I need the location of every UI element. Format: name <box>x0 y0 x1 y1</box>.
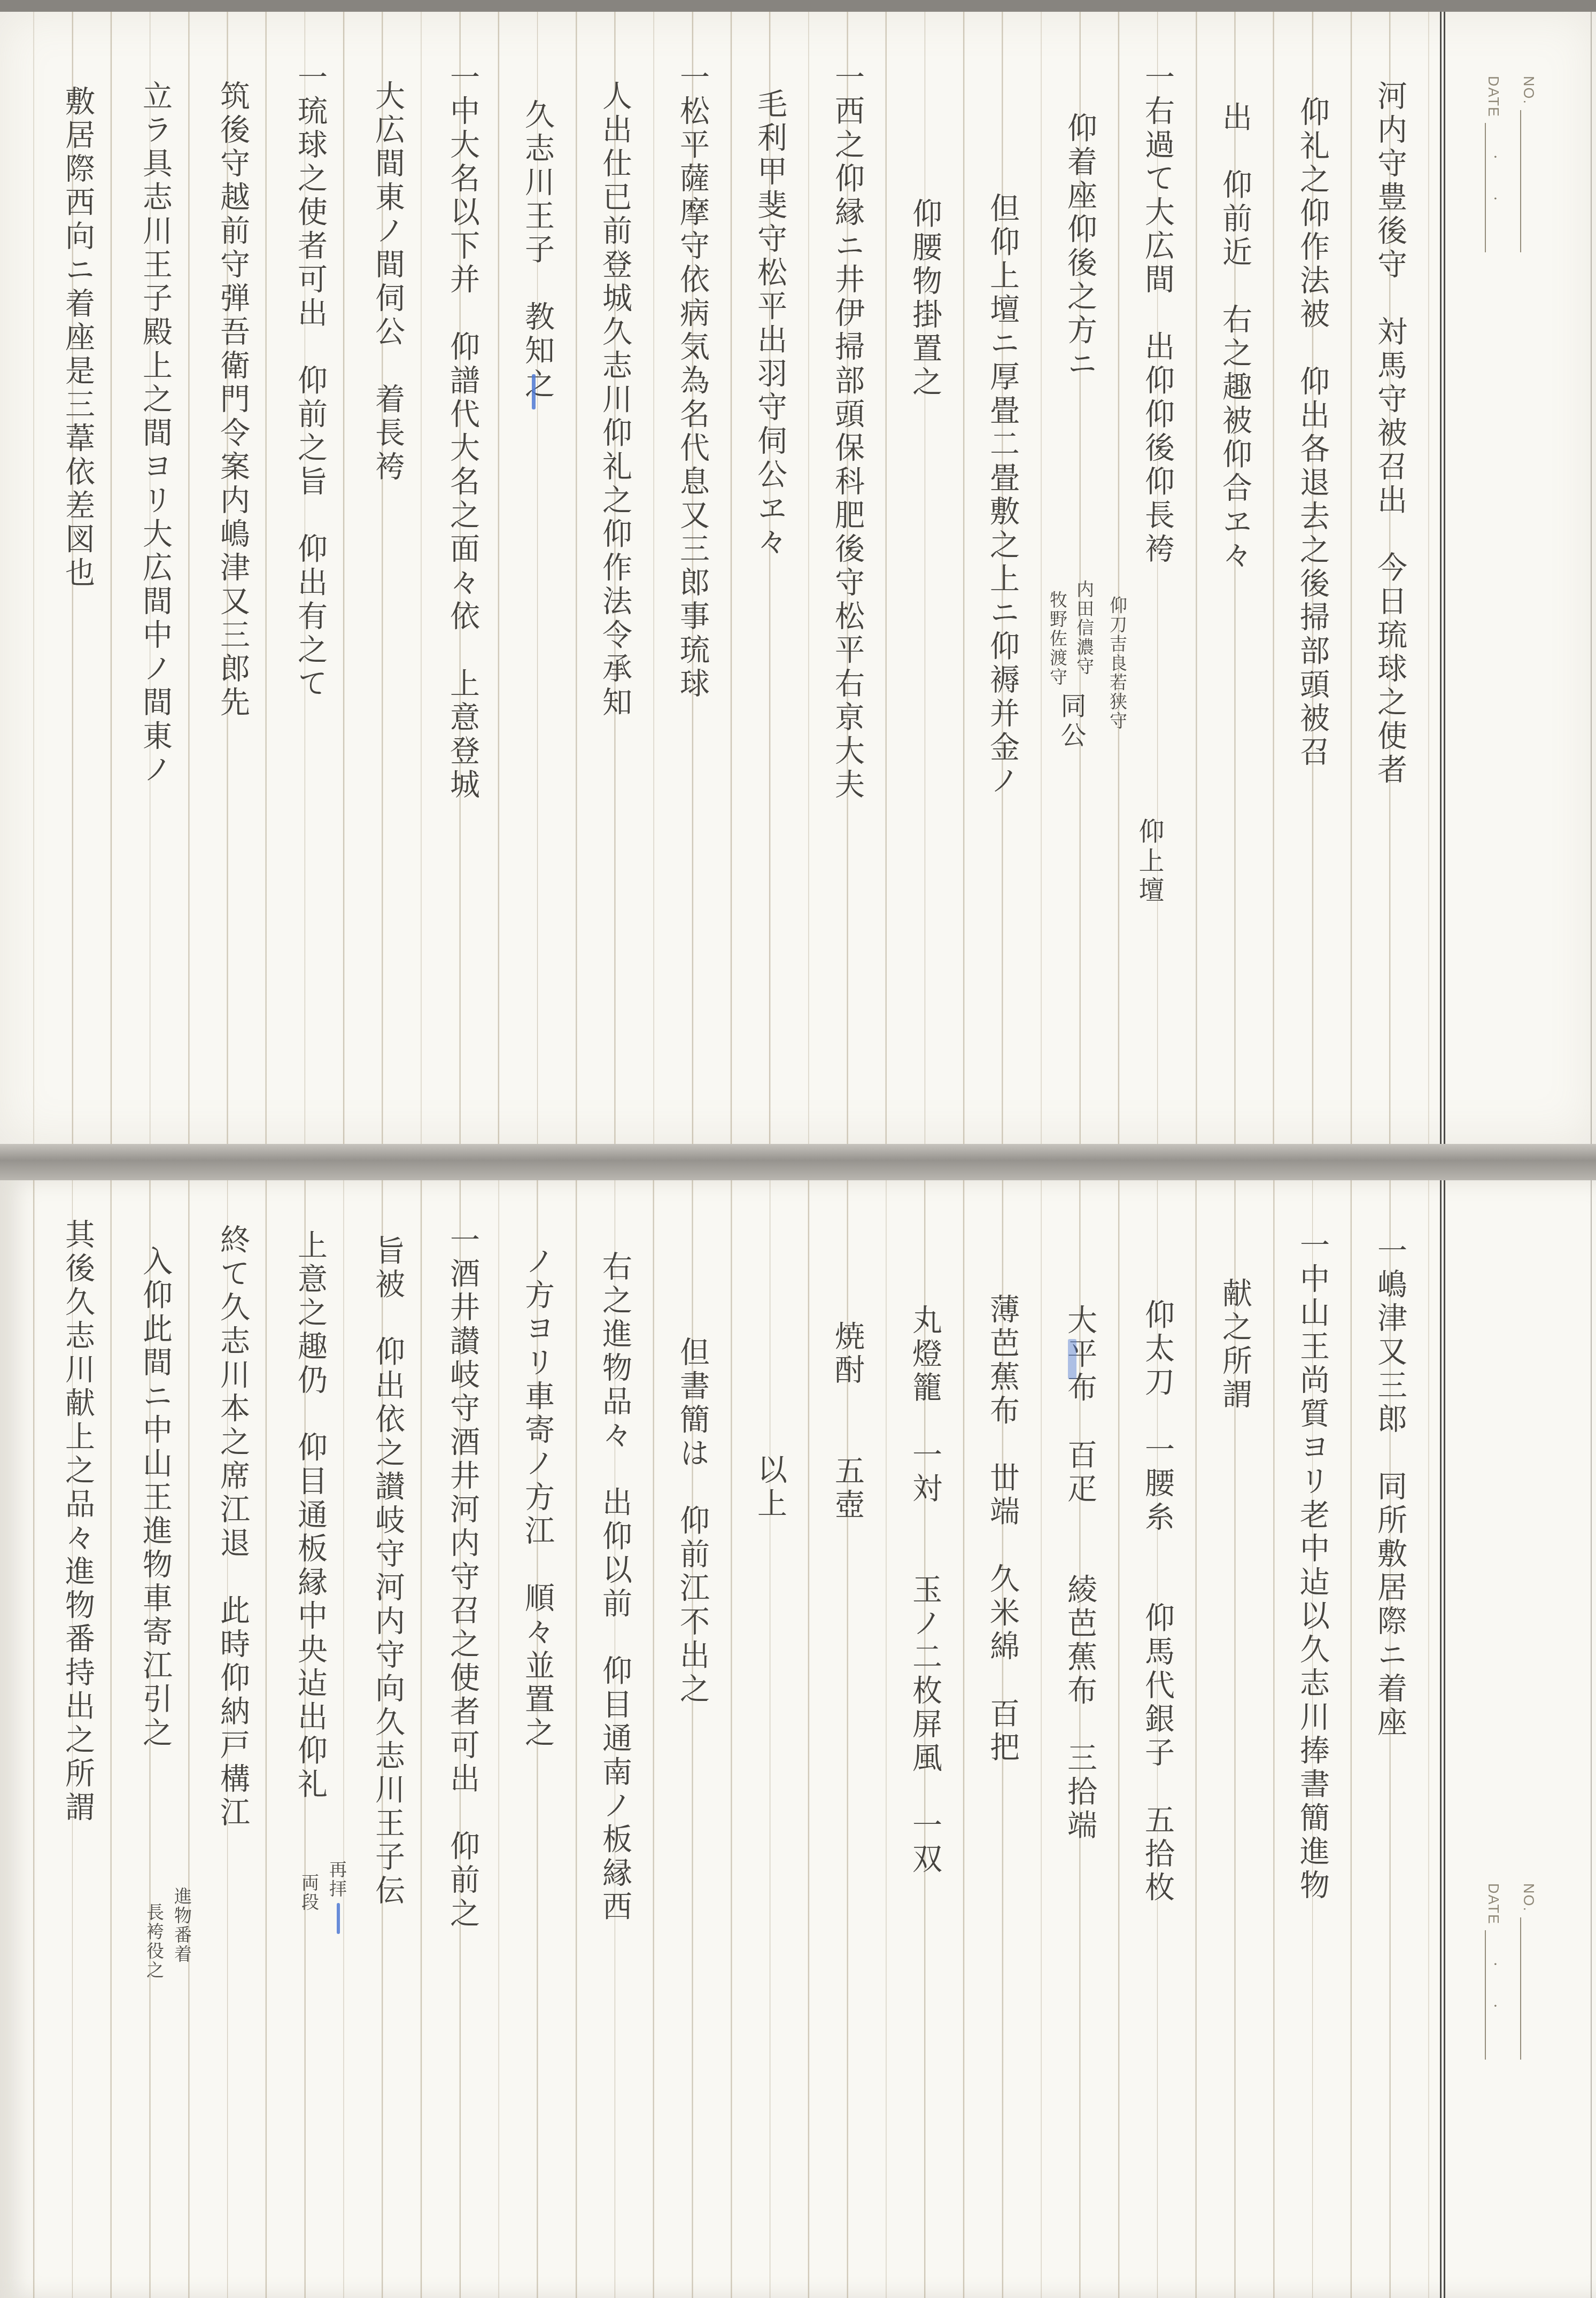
handwriting-column: 一中山王尚質ヨリ老中迠以久志川捧書簡進物 <box>1292 1229 1332 1903</box>
handwriting-column: 一西之仰縁ニ井伊掃部頭保科肥後守松平右亰大夫 <box>827 61 867 802</box>
handwriting-column: 敷居際西向ニ着座是三葦依差図也 <box>58 86 97 591</box>
handwriting-column: ノ方ヨリ車寄ノ方江 順々並置之 <box>517 1245 557 1751</box>
handwriting-column: 仰礼之仰作法被 仰出各退去之後掃部頭被召 <box>1292 96 1332 770</box>
no-label: NO. <box>1520 1883 1537 1912</box>
handwriting-column: 人出仕已前登城久志川仰礼之仰作法令承知 <box>595 80 634 720</box>
annotation-column: 牧野佐渡守 <box>1045 591 1069 687</box>
page-header: NO. DATE ・・ <box>1443 76 1539 252</box>
scanned-manuscript: NO. DATE ・・ 河内守豊後守 対馬守被召出 今日琉球之使者 仰礼之仰作法… <box>0 0 1596 2298</box>
scan-edge-top <box>0 0 1596 12</box>
handwriting-column: 但書簡は 仰前江不出之 <box>672 1336 712 1707</box>
no-row: NO. <box>1520 76 1539 252</box>
annotation-column: 長袴役之 <box>142 1903 166 1980</box>
blue-pen-mark <box>337 1903 340 1934</box>
handwriting-column: 仰太刀 一腰糸 仰馬代銀子 五拾枚 <box>1137 1299 1177 1905</box>
handwriting-column: 上意之趣仍 仰目通板縁中央迠出仰礼 <box>290 1229 330 1802</box>
annotation-column: 再拝 <box>325 1860 348 1899</box>
handwriting-column: 右之進物品々 出仰以前 仰目通南ノ板縁西 <box>595 1251 634 1924</box>
handwriting-column: 大広間東ノ間伺公 着長袴 <box>368 80 407 484</box>
handwriting-column: 丸燈籠 一対 玉ノ二枚屏風 一双 <box>905 1304 944 1877</box>
no-underline <box>1520 1917 1539 2060</box>
margin-double-rule <box>1440 1180 1445 2298</box>
handwriting-column: 一琉球之使者可出 仰前之旨 仰出有之て <box>290 61 330 701</box>
handwriting-column: 以上 <box>750 1454 789 1521</box>
handwriting-column: 献之所謂 <box>1215 1278 1254 1412</box>
no-underline <box>1520 110 1539 252</box>
date-label: DATE <box>1485 76 1501 118</box>
date-underline: ・・ <box>1485 123 1504 252</box>
handwriting-column: 一右過て大広間 出仰仰後仰長袴 <box>1137 61 1177 567</box>
handwriting-column: 但仰上壇ニ厚畳二畳敷之上ニ仰褥并金ノ <box>982 192 1022 799</box>
annotation-column: 内田信濃守 <box>1072 580 1096 676</box>
handwriting-column: 入仰此間ニ中山王進物車寄江引之 <box>135 1245 175 1751</box>
handwriting-column: 其後久志川献上之品々進物番持出之所謂 <box>58 1219 97 1825</box>
date-underline: ・・ <box>1485 1930 1504 2060</box>
handwriting-column: 同公 <box>1054 692 1088 751</box>
date-separator-dots: ・・ <box>1488 151 1504 235</box>
handwriting-column: 毛利甲斐守松平出羽守伺公ヱ々 <box>750 88 789 560</box>
annotation-column: 進物番着 <box>170 1887 193 1964</box>
handwriting-column: 旨被 仰出依之讃岐守河内守向久志川王子伝 <box>368 1235 407 1908</box>
handwriting-column: 薄芭蕉布 丗端 久米綿 百把 <box>982 1294 1022 1765</box>
handwriting-column: 大平布 百疋 綾芭蕉布 三拾端 <box>1060 1304 1099 1843</box>
no-label: NO. <box>1520 76 1537 105</box>
handwriting-column: 久志川王子 教知之 <box>517 99 557 402</box>
date-label: DATE <box>1485 1883 1501 1925</box>
handwriting-column: 一中大名以下并 仰譜代大名之面々依 上意登城 <box>443 61 482 802</box>
handwriting-column: 仰腰物掛置之 <box>905 198 944 400</box>
handwriting-column: 仰着座仰後之方ニ <box>1060 112 1099 382</box>
handwriting-column: 終て久志川本之席江退 此時仰納戸構江 <box>213 1224 252 1830</box>
annotation-column: 両段 <box>297 1874 321 1912</box>
handwriting-column: 出 仰前近 右之趣被仰合ヱ々 <box>1215 102 1254 573</box>
date-row: DATE ・・ <box>1485 76 1504 252</box>
blue-pen-mark <box>532 374 536 409</box>
annotation-column: 仰刀吉良若狭守 <box>1105 596 1129 731</box>
handwriting-column: 一松平薩摩守依病気為名代息又三郎事琉球 <box>672 61 712 701</box>
handwriting-column: 仰上壇 <box>1132 818 1166 906</box>
paper-edge-line <box>1591 1180 1592 2298</box>
date-row: DATE ・・ <box>1485 1883 1504 2060</box>
handwriting-column: 筑後守越前守弾吾衛門令案内嶋津又三郎先 <box>213 80 252 720</box>
page-gap-shadow <box>0 1144 1596 1180</box>
page-header: NO. DATE ・・ <box>1443 1883 1539 2060</box>
handwriting-column: 立ラ具志川王子殿上之間ヨリ大広間中ノ間東ノ <box>135 80 175 787</box>
handwriting-column: 一酒井讃岐守酒井河内守召之使者可出 仰前之 <box>443 1224 482 1931</box>
date-separator-dots: ・・ <box>1488 1959 1504 2042</box>
handwriting-column: 河内守豊後守 対馬守被召出 今日琉球之使者 <box>1370 80 1409 787</box>
blue-highlight-mark <box>1068 1339 1076 1379</box>
paper-edge-line <box>1591 12 1592 1144</box>
no-row: NO. <box>1520 1883 1539 2060</box>
handwriting-column: 一嶋津又三郎 同所敷居際ニ着座 <box>1370 1235 1409 1740</box>
handwriting-column: 焼酎 五壺 <box>827 1320 867 1522</box>
